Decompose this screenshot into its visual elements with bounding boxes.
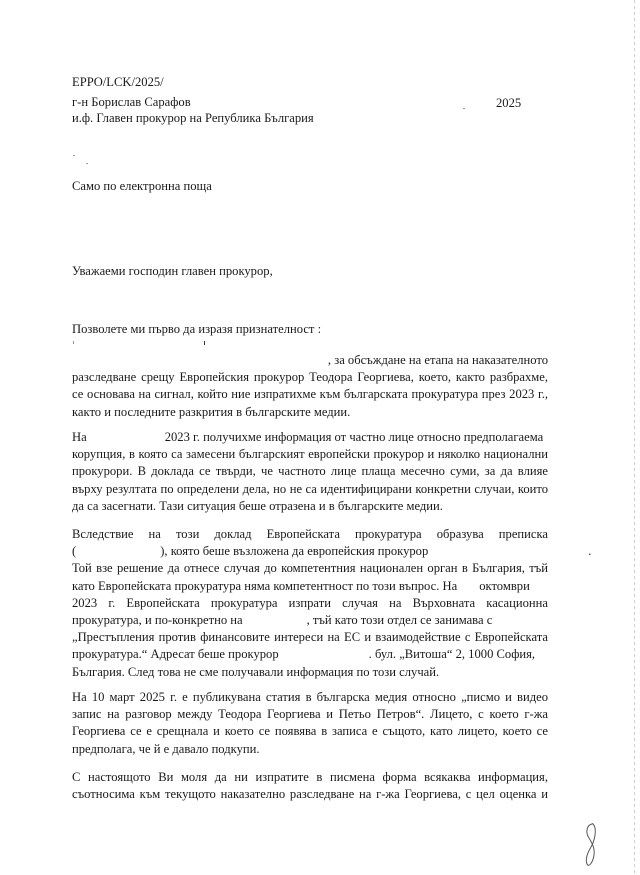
paragraph-3-line-1: Вследствие на този доклад Европейската п… bbox=[72, 526, 548, 543]
paragraph-3-line-7: „Престъпления против финансовите интерес… bbox=[72, 629, 548, 646]
scan-speck bbox=[86, 163, 88, 164]
paragraph-3-line-9: България. След това не сме получавали ин… bbox=[72, 664, 548, 681]
paragraph-3: Вследствие на този доклад Европейската п… bbox=[72, 526, 548, 681]
paragraph-3-line-4-text: като Европейската прокуратура няма компе… bbox=[72, 579, 457, 593]
paragraph-5-line-2: съотносима към текущото наказателно разс… bbox=[72, 786, 548, 803]
paragraph-3-line-6-text: прокуратура, и по-конкретно на bbox=[72, 613, 243, 627]
handwritten-initials-mark bbox=[583, 822, 599, 870]
paragraph-2-line-4: върху резултата по определени дела, но н… bbox=[72, 481, 548, 498]
recipient-name: г-н Борислав Сарафов bbox=[72, 95, 191, 110]
page-edge-scan-line bbox=[634, 0, 635, 875]
scan-speck bbox=[204, 341, 205, 345]
paragraph-1-line-1: , за обсъждане на етапа на наказателното bbox=[72, 352, 548, 369]
paragraph-1: , за обсъждане на етапа на наказателното… bbox=[72, 352, 548, 421]
letter-date-year: 2025 bbox=[496, 96, 521, 111]
paragraph-5: С настоящото Ви моля да ни изпратите в п… bbox=[72, 769, 548, 803]
paragraph-3-line-4: като Европейската прокуратура няма компе… bbox=[72, 578, 548, 595]
paragraph-3-line-5: 2023 г. Европейската прокуратура изпрати… bbox=[72, 595, 548, 612]
paragraph-2-line-2: корупция, в която са замесени българския… bbox=[72, 446, 548, 463]
delivery-note: Само по електронна поща bbox=[72, 179, 212, 194]
paragraph-3-line-2: (), която беше възложена да европейския … bbox=[72, 543, 548, 560]
paragraph-2: На2023 г. получихме информация от частно… bbox=[72, 429, 548, 515]
paragraph-2-line-1-start: На bbox=[72, 430, 87, 444]
paragraph-1-intro: Позволете ми първо да изразя признателно… bbox=[72, 322, 321, 337]
paragraph-4: На 10 март 2025 г. е публикувана статия … bbox=[72, 689, 548, 758]
paragraph-4-line-1: На 10 март 2025 г. е публикувана статия … bbox=[72, 689, 548, 706]
paragraph-3-line-3: Той взе решение да отнесе случая до комп… bbox=[72, 560, 548, 577]
paragraph-3-line-6-rest: , тъй като този отдел се занимава с bbox=[307, 613, 493, 627]
paragraph-3-line-2-end: . bbox=[588, 544, 591, 558]
paragraph-4-line-2: запис на разговор между Теодора Георгиев… bbox=[72, 706, 548, 723]
paragraph-2-line-5: да са засегнати. Тази ситуация беше отра… bbox=[72, 498, 548, 515]
paragraph-3-line-2-open-paren: ( bbox=[72, 544, 76, 558]
reference-number: EPPO/LCK/2025/ bbox=[72, 75, 164, 90]
scan-speck bbox=[73, 155, 75, 156]
paragraph-4-line-3: Георгиева се е срещнала и което се появя… bbox=[72, 723, 548, 740]
paragraph-3-line-8-address: . бул. „Витоша“ 2, 1000 София, bbox=[369, 647, 535, 661]
salutation: Уважаеми господин главен прокурор, bbox=[72, 264, 273, 279]
scan-speck bbox=[73, 341, 74, 344]
paragraph-3-line-8-text: прокуратура.“ Адресат беше прокурор bbox=[72, 647, 279, 661]
paragraph-1-line-2: разследване срещу Европейския прокурор Т… bbox=[72, 369, 548, 386]
paragraph-3-line-6: прокуратура, и по-конкретно на, тъй като… bbox=[72, 612, 548, 629]
paragraph-4-line-4: предполага, че й е давало подкупи. bbox=[72, 741, 548, 758]
paragraph-1-line-3: се основава на сигнал, който ние изпрати… bbox=[72, 386, 548, 403]
letter-page: EPPO/LCK/2025/ г-н Борислав Сарафов и.ф.… bbox=[0, 0, 640, 875]
paragraph-2-line-1: На2023 г. получихме информация от частно… bbox=[72, 429, 548, 446]
paragraph-3-line-4-month: октомври bbox=[479, 579, 530, 593]
paragraph-1-line-4: както и последните разкрития в български… bbox=[72, 404, 548, 421]
recipient-title: и.ф. Главен прокурор на Република Българ… bbox=[72, 111, 314, 126]
paragraph-2-line-3: прокурори. В доклада се твърди, че частн… bbox=[72, 463, 548, 480]
paragraph-2-line-1-rest: 2023 г. получихме информация от частно л… bbox=[165, 430, 544, 444]
scan-speck bbox=[463, 108, 465, 109]
paragraph-3-line-8: прокуратура.“ Адресат беше прокурор. бул… bbox=[72, 646, 548, 663]
paragraph-5-line-1: С настоящото Ви моля да ни изпратите в п… bbox=[72, 769, 548, 786]
paragraph-3-line-2-text: ), която беше възложена да европейския п… bbox=[160, 544, 428, 558]
